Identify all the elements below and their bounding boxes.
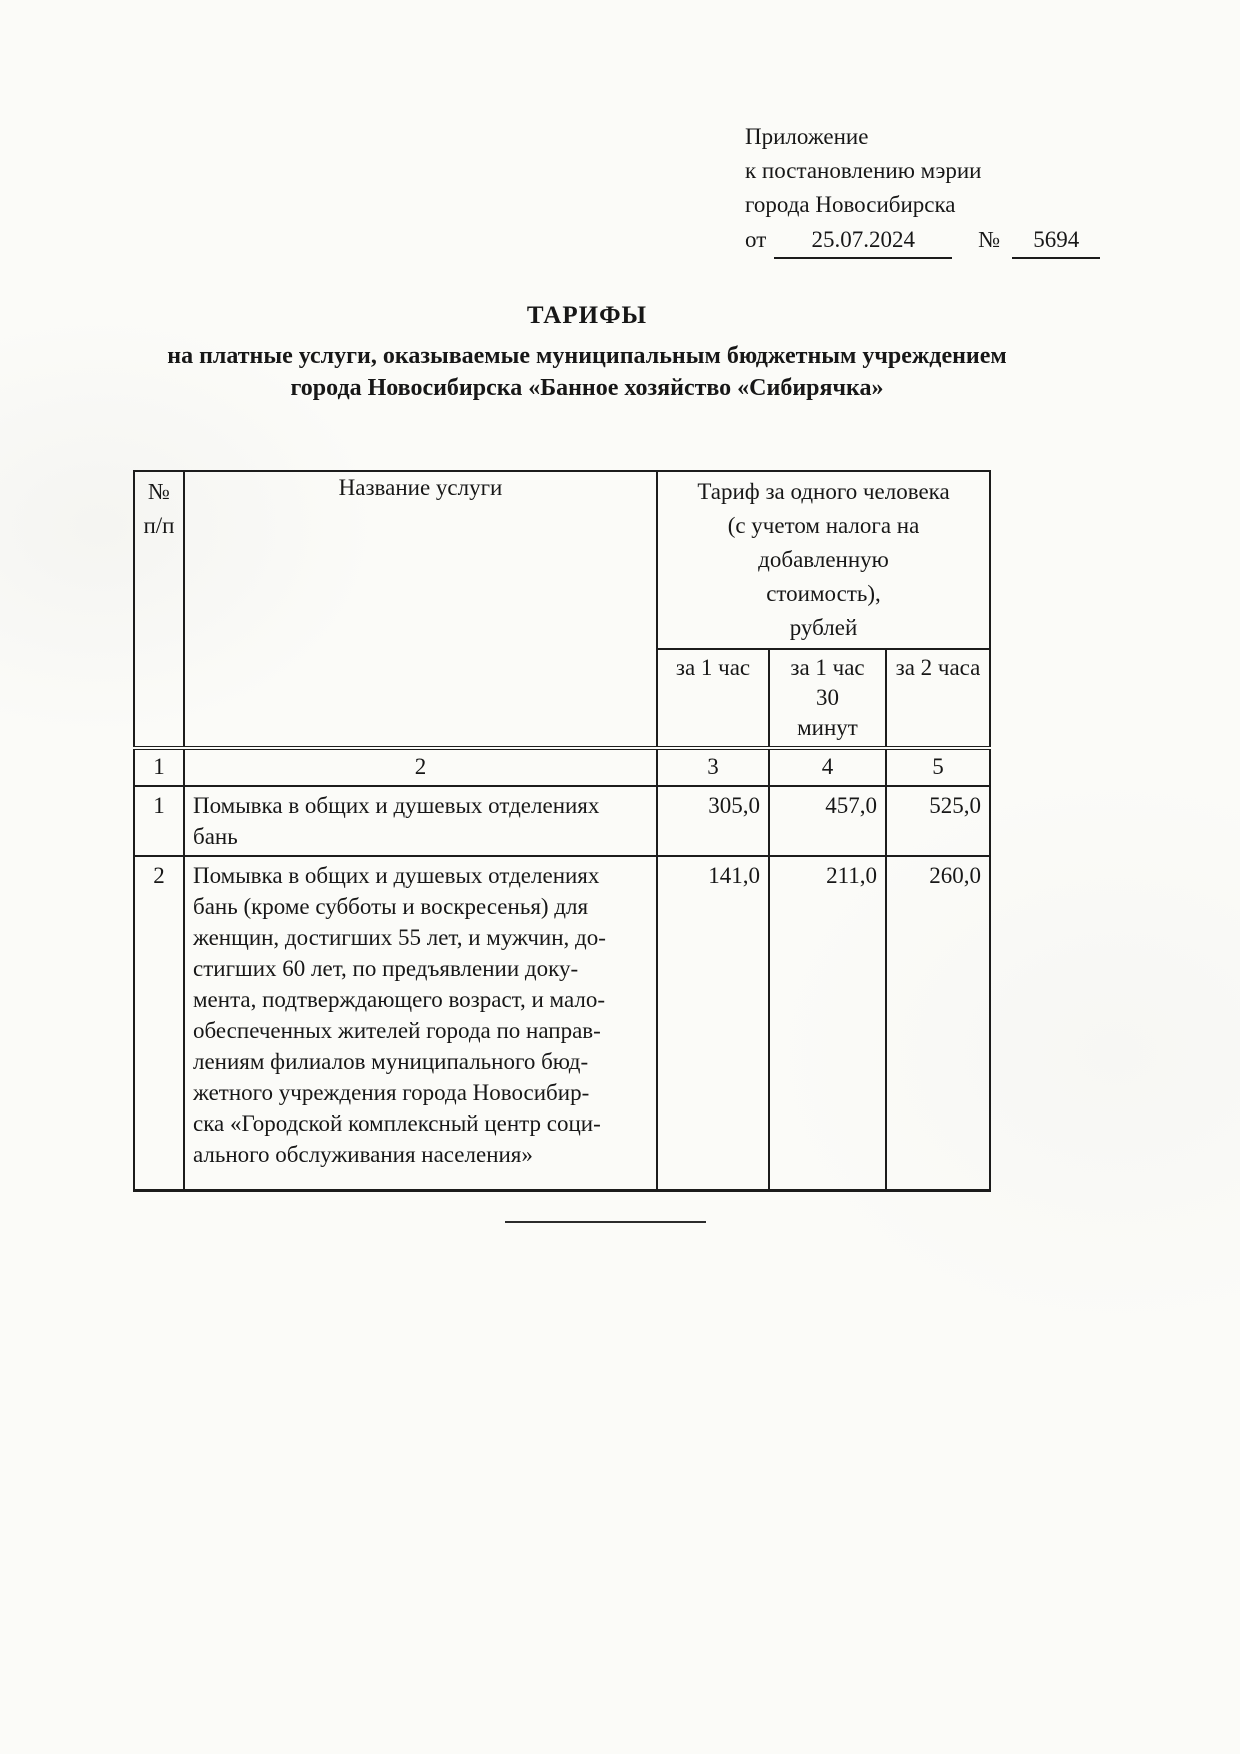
document-title: ТАРИФЫ на платные услуги, оказываемые му… xyxy=(0,302,1174,404)
title-subtitle-line-1: на платные услуги, оказываемые муниципал… xyxy=(0,340,1174,372)
column-number-5: 5 xyxy=(886,748,990,786)
header-cell-service-name: Название услуги xyxy=(184,471,657,748)
document-page: Приложение к постановлению мэрии города … xyxy=(0,0,1240,1754)
table-row: 2 Помывка в общих и душевых отделениях б… xyxy=(134,856,990,1190)
row-1-number: 1 xyxy=(134,786,184,856)
row-1-price-1-hour-30-min: 457,0 xyxy=(769,786,886,856)
column-number-3: 3 xyxy=(657,748,769,786)
stamp-line-2: к постановлению мэрии xyxy=(745,154,1100,188)
title-main: ТАРИФЫ xyxy=(0,302,1174,330)
subheader-cell-1-hour-30-min: за 1 час 30 минут xyxy=(769,649,886,748)
row-2-number: 2 xyxy=(134,856,184,1190)
stamp-line-3: города Новосибирска xyxy=(745,188,1100,222)
header-cell-tariff: Тариф за одного человека (с учетом налог… xyxy=(657,471,990,649)
row-2-price-1-hour: 141,0 xyxy=(657,856,769,1190)
column-number-4: 4 xyxy=(769,748,886,786)
approval-stamp-block: Приложение к постановлению мэрии города … xyxy=(745,120,1100,259)
subheader-cell-2-hours: за 2 часа xyxy=(886,649,990,748)
column-number-2: 2 xyxy=(184,748,657,786)
row-2-price-2-hours: 260,0 xyxy=(886,856,990,1190)
subheader-cell-1-hour: за 1 час xyxy=(657,649,769,748)
row-2-service-name: Помывка в общих и душевых отделениях бан… xyxy=(184,856,657,1190)
table-header-row: № п/п Название услуги Тариф за одного че… xyxy=(134,471,990,649)
stamp-date-line: от25.07.2024№5694 xyxy=(745,223,1100,259)
row-1-price-1-hour: 305,0 xyxy=(657,786,769,856)
stamp-line-1: Приложение xyxy=(745,120,1100,154)
row-1-service-name: Помывка в общих и душевых отделениях бан… xyxy=(184,786,657,856)
end-divider-line xyxy=(505,1221,706,1223)
stamp-number: 5694 xyxy=(1012,223,1100,259)
tariff-table: № п/п Название услуги Тариф за одного че… xyxy=(133,470,991,1192)
stamp-date: 25.07.2024 xyxy=(774,223,952,259)
table-row: 1 Помывка в общих и душевых отделениях б… xyxy=(134,786,990,856)
title-subtitle-line-2: города Новосибирска «Банное хозяйство «С… xyxy=(0,372,1174,404)
stamp-date-prefix: от xyxy=(745,223,766,257)
row-2-price-1-hour-30-min: 211,0 xyxy=(769,856,886,1190)
stamp-number-sign: № xyxy=(978,227,1000,252)
row-1-price-2-hours: 525,0 xyxy=(886,786,990,856)
column-numbering-row: 1 2 3 4 5 xyxy=(134,748,990,786)
column-number-1: 1 xyxy=(134,748,184,786)
header-cell-row-number: № п/п xyxy=(134,471,184,748)
